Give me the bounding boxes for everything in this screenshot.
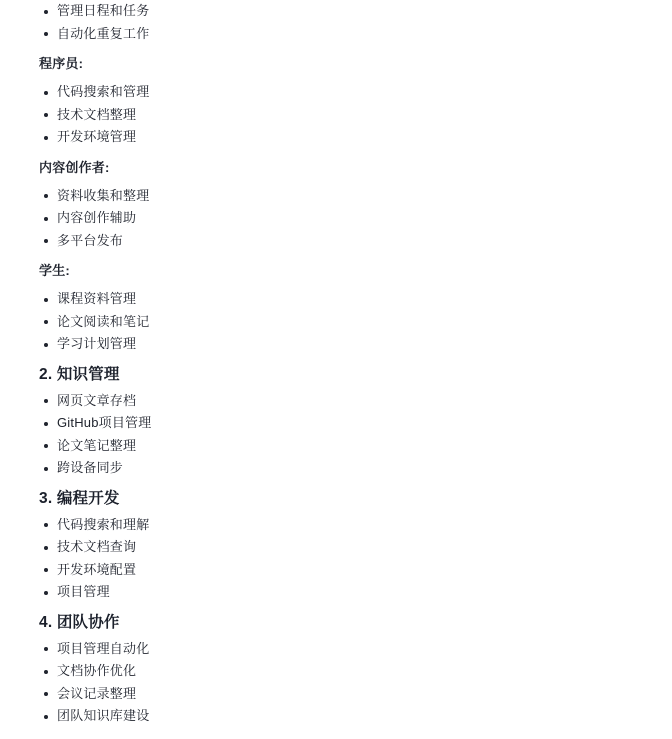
list-item: 学习计划管理 xyxy=(44,333,642,356)
bullet-list-intro: 管理日程和任务 自动化重复工作 xyxy=(39,0,642,45)
list-item: 内容创作辅助 xyxy=(44,207,642,230)
list-item: 文档协作优化 xyxy=(44,660,642,683)
role-label-creator: 内容创作者: xyxy=(39,159,642,176)
list-item: 项目管理自动化 xyxy=(44,638,642,661)
list-item: 论文阅读和笔记 xyxy=(44,311,642,334)
list-item: 论文笔记整理 xyxy=(44,435,642,458)
list-item: 代码搜索和理解 xyxy=(44,514,642,537)
list-item: 自动化重复工作 xyxy=(44,23,642,46)
section-heading-teamwork: 4. 团队协作 xyxy=(39,613,642,633)
list-item: 代码搜索和管理 xyxy=(44,81,642,104)
section-heading-knowledge: 2. 知识管理 xyxy=(39,365,642,385)
role-label-student: 学生: xyxy=(39,262,642,279)
bullet-list-programmer: 代码搜索和管理 技术文档整理 开发环境管理 xyxy=(39,81,642,149)
list-item: 课程资料管理 xyxy=(44,288,642,311)
bullet-list-teamwork: 项目管理自动化 文档协作优化 会议记录整理 团队知识库建设 xyxy=(39,638,642,728)
list-item: 资料收集和整理 xyxy=(44,185,642,208)
list-item: 多平台发布 xyxy=(44,230,642,253)
list-item: 跨设备同步 xyxy=(44,457,642,480)
list-item: 团队知识库建设 xyxy=(44,705,642,728)
bullet-list-knowledge: 网页文章存档 GitHub项目管理 论文笔记整理 跨设备同步 xyxy=(39,390,642,480)
document: 管理日程和任务 自动化重复工作 程序员: 代码搜索和管理 技术文档整理 开发环境… xyxy=(0,0,672,739)
list-item: 开发环境管理 xyxy=(44,126,642,149)
bullet-list-student: 课程资料管理 论文阅读和笔记 学习计划管理 xyxy=(39,288,642,356)
list-item: 管理日程和任务 xyxy=(44,0,642,23)
section-heading-coding: 3. 编程开发 xyxy=(39,489,642,509)
list-item: 会议记录整理 xyxy=(44,683,642,706)
list-item: 技术文档整理 xyxy=(44,104,642,127)
bullet-list-coding: 代码搜索和理解 技术文档查询 开发环境配置 项目管理 xyxy=(39,514,642,604)
list-item: 技术文档查询 xyxy=(44,536,642,559)
list-item: 项目管理 xyxy=(44,581,642,604)
role-label-programmer: 程序员: xyxy=(39,55,642,72)
list-item: 网页文章存档 xyxy=(44,390,642,413)
list-item: GitHub项目管理 xyxy=(44,412,642,435)
bullet-list-creator: 资料收集和整理 内容创作辅助 多平台发布 xyxy=(39,185,642,253)
list-item: 开发环境配置 xyxy=(44,559,642,582)
